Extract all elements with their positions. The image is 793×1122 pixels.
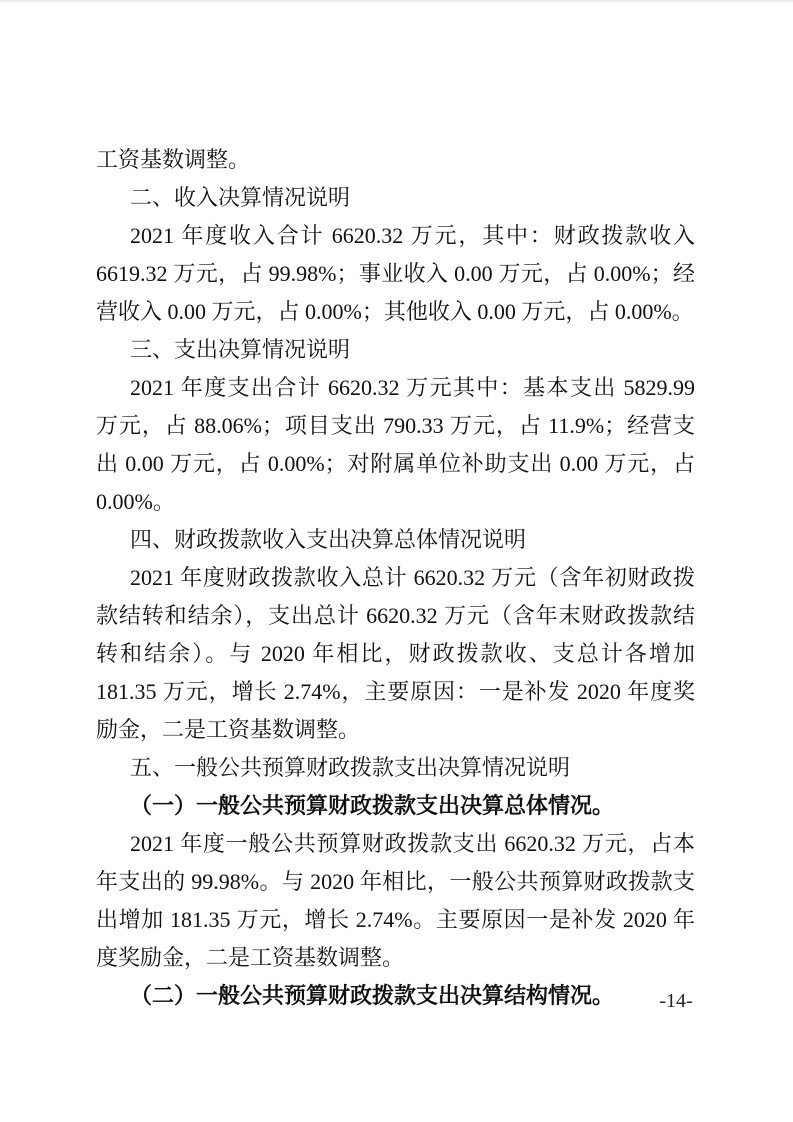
section-heading-fiscal-appropriation-overview: 四、财政拨款收入支出决算总体情况说明: [96, 521, 695, 559]
body-paragraph-income-details: 2021 年度收入合计 6620.32 万元，其中：财政拨款收入 6619.32…: [96, 217, 695, 331]
section-heading-general-public-budget: 五、一般公共预算财政拨款支出决算情况说明: [96, 749, 695, 787]
page-number: -14-: [638, 988, 714, 1014]
subsection-heading-overall-situation: （一）一般公共预算财政拨款支出决算总体情况。: [96, 787, 695, 825]
scan-edge-artifact: [0, 0, 793, 2]
document-body: 工资基数调整。 二、收入决算情况说明 2021 年度收入合计 6620.32 万…: [96, 141, 695, 1015]
section-heading-expenditure-statement: 三、支出决算情况说明: [96, 331, 695, 369]
section-heading-income-statement: 二、收入决算情况说明: [96, 179, 695, 217]
paragraph-continuation-salary-base: 工资基数调整。: [96, 141, 695, 179]
body-paragraph-general-budget-details: 2021 年度一般公共预算财政拨款支出 6620.32 万元，占本年支出的 99…: [96, 825, 695, 977]
subsection-heading-structure-situation: （二）一般公共预算财政拨款支出决算结构情况。: [96, 977, 695, 1015]
body-paragraph-fiscal-appropriation-details: 2021 年度财政拨款收入总计 6620.32 万元（含年初财政拨款结转和结余）…: [96, 559, 695, 749]
body-paragraph-expenditure-details: 2021 年度支出合计 6620.32 万元其中：基本支出 5829.99 万元…: [96, 369, 695, 521]
document-page: 工资基数调整。 二、收入决算情况说明 2021 年度收入合计 6620.32 万…: [0, 0, 793, 1122]
